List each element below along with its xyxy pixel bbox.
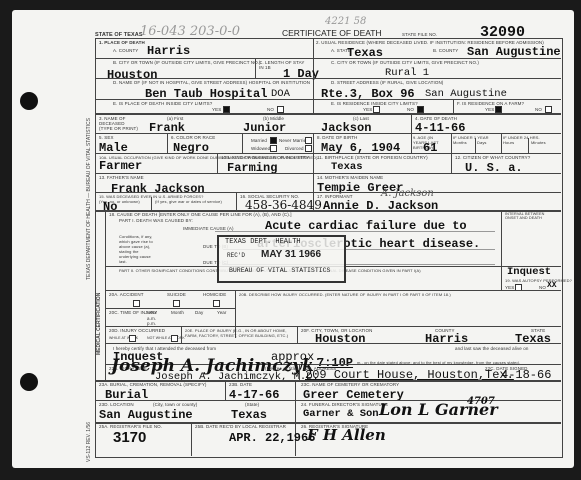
res-farm-label: f. IS RESIDENCE ON A FARM?: [457, 101, 524, 106]
res-street-label: d. STREET ADDRESS (If rural, give locati…: [331, 80, 443, 85]
citizen-label: 12. CITIZEN OF WHAT COUNTRY?: [455, 155, 530, 160]
last-saw-text: and last saw the deceased alive on: [455, 346, 528, 351]
divider: [105, 210, 106, 380]
stamp-recd: REC'D: [227, 252, 245, 259]
divider: [105, 290, 561, 291]
divider: [255, 58, 256, 78]
married-checkbox[interactable]: [270, 137, 277, 144]
autopsy-label: 19. WAS AUTOPSY PERFORMED?: [505, 278, 572, 283]
divider: [217, 153, 218, 173]
not-while-at-work-checkbox[interactable]: [171, 335, 178, 342]
res-county-label: b. COUNTY: [433, 48, 458, 53]
suicide-checkbox[interactable]: [173, 300, 180, 307]
pod-county-label: a. COUNTY: [113, 48, 138, 53]
occupation-value: Farmer: [99, 159, 142, 173]
hours-label: Hours: [503, 140, 514, 145]
institution-label: d. NAME OF (If not in hospital, give str…: [113, 80, 310, 85]
farm-no-checkbox[interactable]: [545, 106, 552, 113]
side-department-text: TEXAS DEPARTMENT OF HEALTH — BUREAU OF V…: [86, 118, 92, 280]
divider: [105, 343, 561, 344]
divider: [242, 133, 243, 153]
homicide-label: HOMICIDE: [203, 292, 226, 297]
divider: [95, 78, 561, 79]
form-code: VS-112 REV. 1/56: [86, 422, 92, 462]
divider: [95, 192, 561, 193]
divider: [105, 308, 235, 309]
divider: [95, 58, 313, 59]
funeral-license-number: 4707: [467, 396, 495, 407]
divider: [95, 173, 561, 174]
divider: [501, 210, 502, 290]
res-inside-city-no-checkbox[interactable]: [417, 106, 424, 113]
divider: [297, 326, 298, 343]
divorced-label: Divorced: [285, 146, 304, 151]
interval-label: INTERVAL BETWEEN ONSET AND DEATH: [505, 212, 555, 220]
homicide-checkbox[interactable]: [213, 300, 220, 307]
cause-of-death-label: 18. CAUSE OF DEATH [Enter only one cause…: [109, 212, 292, 217]
widowed-checkbox[interactable]: [270, 145, 277, 152]
pod-city-label: b. CITY OR TOWN (If outside city limits,…: [113, 60, 261, 65]
minutes-label: Minutes: [531, 140, 546, 145]
divider: [181, 326, 182, 343]
date-received-label: 25b. DATE REC'D BY LOCAL REGISTRAR: [195, 424, 286, 429]
degree-label: (Degree or title): [265, 366, 298, 371]
res-street-value: Rte.3, Box 96: [321, 87, 415, 101]
name-label: 3. NAME OF DECEASED (Type or print): [99, 116, 139, 131]
pod-inside-city-label: e. IS PLACE OF DEATH INSIDE CITY LIMITS?: [113, 101, 212, 106]
dob-label: 8. DATE OF BIRTH: [317, 135, 357, 140]
burial-state-value: Texas: [231, 408, 267, 422]
months-label: Months: [453, 140, 467, 145]
divider: [411, 113, 412, 133]
funeral-home-value: Garner & Son: [303, 408, 379, 420]
date-received-value: APR. 22,1966: [229, 431, 315, 445]
divider: [501, 133, 502, 153]
inquest-note: Inquest: [507, 266, 551, 278]
accident-checkbox[interactable]: [133, 300, 140, 307]
divider: [475, 138, 476, 153]
punch-hole: [20, 373, 38, 391]
while-at-work-checkbox[interactable]: [129, 335, 136, 342]
accident-label: 20a. ACCIDENT: [109, 292, 144, 297]
farm-no-label: NO: [535, 107, 542, 112]
widowed-label: Widowed: [251, 146, 270, 151]
divider: [167, 133, 168, 153]
cemetery-label: 23c. NAME OF CEMETERY OR CREMATORY: [301, 382, 399, 387]
divider: [236, 192, 237, 210]
divider: [191, 422, 192, 456]
divider: [299, 364, 300, 380]
race-label: 6. COLOR OR RACE: [171, 135, 215, 140]
divorced-checkbox[interactable]: [305, 145, 312, 152]
funeral-director-label: 24. FUNERAL DIRECTOR'S SIGNATURE: [301, 402, 388, 407]
burial-date-label: 23b. DATE: [229, 382, 252, 387]
res-county-value: San Augustine: [467, 45, 561, 59]
stamp-date: MAY 31 1966: [261, 249, 321, 260]
describe-injury-label: 20b. DESCRIBE HOW INJURY OCCURRED. (Ente…: [239, 292, 451, 297]
divider: [313, 153, 314, 173]
place-of-injury-label: 20e. PLACE OF INJURY (e.g., in or about …: [185, 328, 295, 338]
location-hint: (City, town or county): [153, 402, 197, 407]
mother-label: 14. MOTHER'S MAIDEN NAME: [317, 175, 383, 180]
divider: [451, 133, 452, 153]
sex-label: 5. SEX: [99, 135, 114, 140]
suicide-label: SUICIDE: [167, 292, 186, 297]
pod-yes-label: YES: [212, 107, 221, 112]
registrar-file-value: 3170: [113, 429, 146, 446]
hour-label: Hour: [147, 310, 157, 315]
res-city-label: c. CITY OR TOWN (If outside city limits,…: [331, 60, 479, 65]
farm-yes-checkbox[interactable]: [495, 106, 502, 113]
divider: [105, 326, 561, 327]
divider: [151, 197, 152, 210]
pod-inside-city-yes-checkbox[interactable]: [223, 106, 230, 113]
registrar-signature: F H Allen: [307, 426, 386, 444]
stamp-line1: TEXAS DEPT. HEALTH: [225, 238, 301, 246]
divider: [95, 133, 561, 134]
year-label: Year: [217, 310, 227, 315]
married-label: Married: [251, 138, 267, 143]
res-no-label: NO: [407, 107, 414, 112]
state-file-label: STATE FILE NO.: [402, 32, 437, 37]
days-label: Days: [477, 140, 487, 145]
res-yes-label: YES: [363, 107, 372, 112]
handwritten-ref-note: 4221 58: [325, 16, 366, 27]
received-stamp: TEXAS DEPT. HEALTH REC'D MAY 31 1966 BUR…: [217, 235, 346, 283]
pod-county-value: Harris: [147, 44, 190, 58]
pod-inside-city-no-checkbox[interactable]: [277, 106, 284, 113]
farm-yes-label: YES: [485, 107, 494, 112]
divider: [95, 153, 561, 154]
birthplace-label: 11. BIRTHPLACE (State or foreign country…: [317, 155, 428, 160]
day-label: Day: [195, 310, 203, 315]
divider: [411, 133, 412, 153]
res-street-extra: San Augustine: [425, 88, 507, 100]
certificate-title: CERTIFICATE OF DEATH: [282, 28, 382, 38]
injury-occurred-label: 20d. INJURY OCCURRED: [109, 328, 165, 333]
pod-no-label: NO: [267, 107, 274, 112]
conditions-note: Conditions, if any, which gave rise to a…: [119, 234, 157, 264]
divider: [453, 99, 454, 113]
war-service-label: (If yes, give war or dates of service): [155, 199, 222, 204]
part1-label: PART I. DEATH WAS CAUSED BY:: [119, 218, 193, 223]
not-while-at-work-label: NOT WHILE AT WORK: [147, 336, 185, 340]
birthplace-value: Texas: [331, 161, 363, 173]
divider: [451, 153, 452, 173]
informant-signature: A. Jackson: [381, 188, 434, 199]
burial-type-label: 23a. BURIAL, CREMATION, REMOVAL (Specify…: [99, 382, 207, 387]
divider: [313, 58, 561, 59]
place-of-death-label: 1. PLACE OF DEATH: [99, 40, 145, 45]
burial-location-value: San Augustine: [99, 408, 193, 422]
res-inside-city-yes-checkbox[interactable]: [373, 106, 380, 113]
divider: [95, 113, 561, 115]
divider: [225, 380, 226, 400]
res-city-value: Rural 1: [385, 67, 429, 79]
handwritten-file-note: 16-043 203-0-0: [140, 24, 240, 39]
business-label: 10b. KIND OF BUSINESS OR INDUSTRY: [221, 155, 309, 160]
never-married-checkbox[interactable]: [305, 137, 312, 144]
divider: [528, 138, 529, 153]
father-label: 13. FATHER'S NAME: [99, 175, 144, 180]
punch-hole: [20, 92, 38, 110]
divider: [313, 133, 314, 153]
state-hint: (State): [245, 402, 259, 407]
burial-location-label: 23d. LOCATION: [99, 402, 134, 407]
autopsy-no-mark[interactable]: XX: [547, 281, 557, 290]
divider: [215, 231, 495, 232]
stamp-line3: BUREAU OF VITAL STATISTICS: [229, 267, 330, 274]
month-label: Month: [171, 310, 184, 315]
